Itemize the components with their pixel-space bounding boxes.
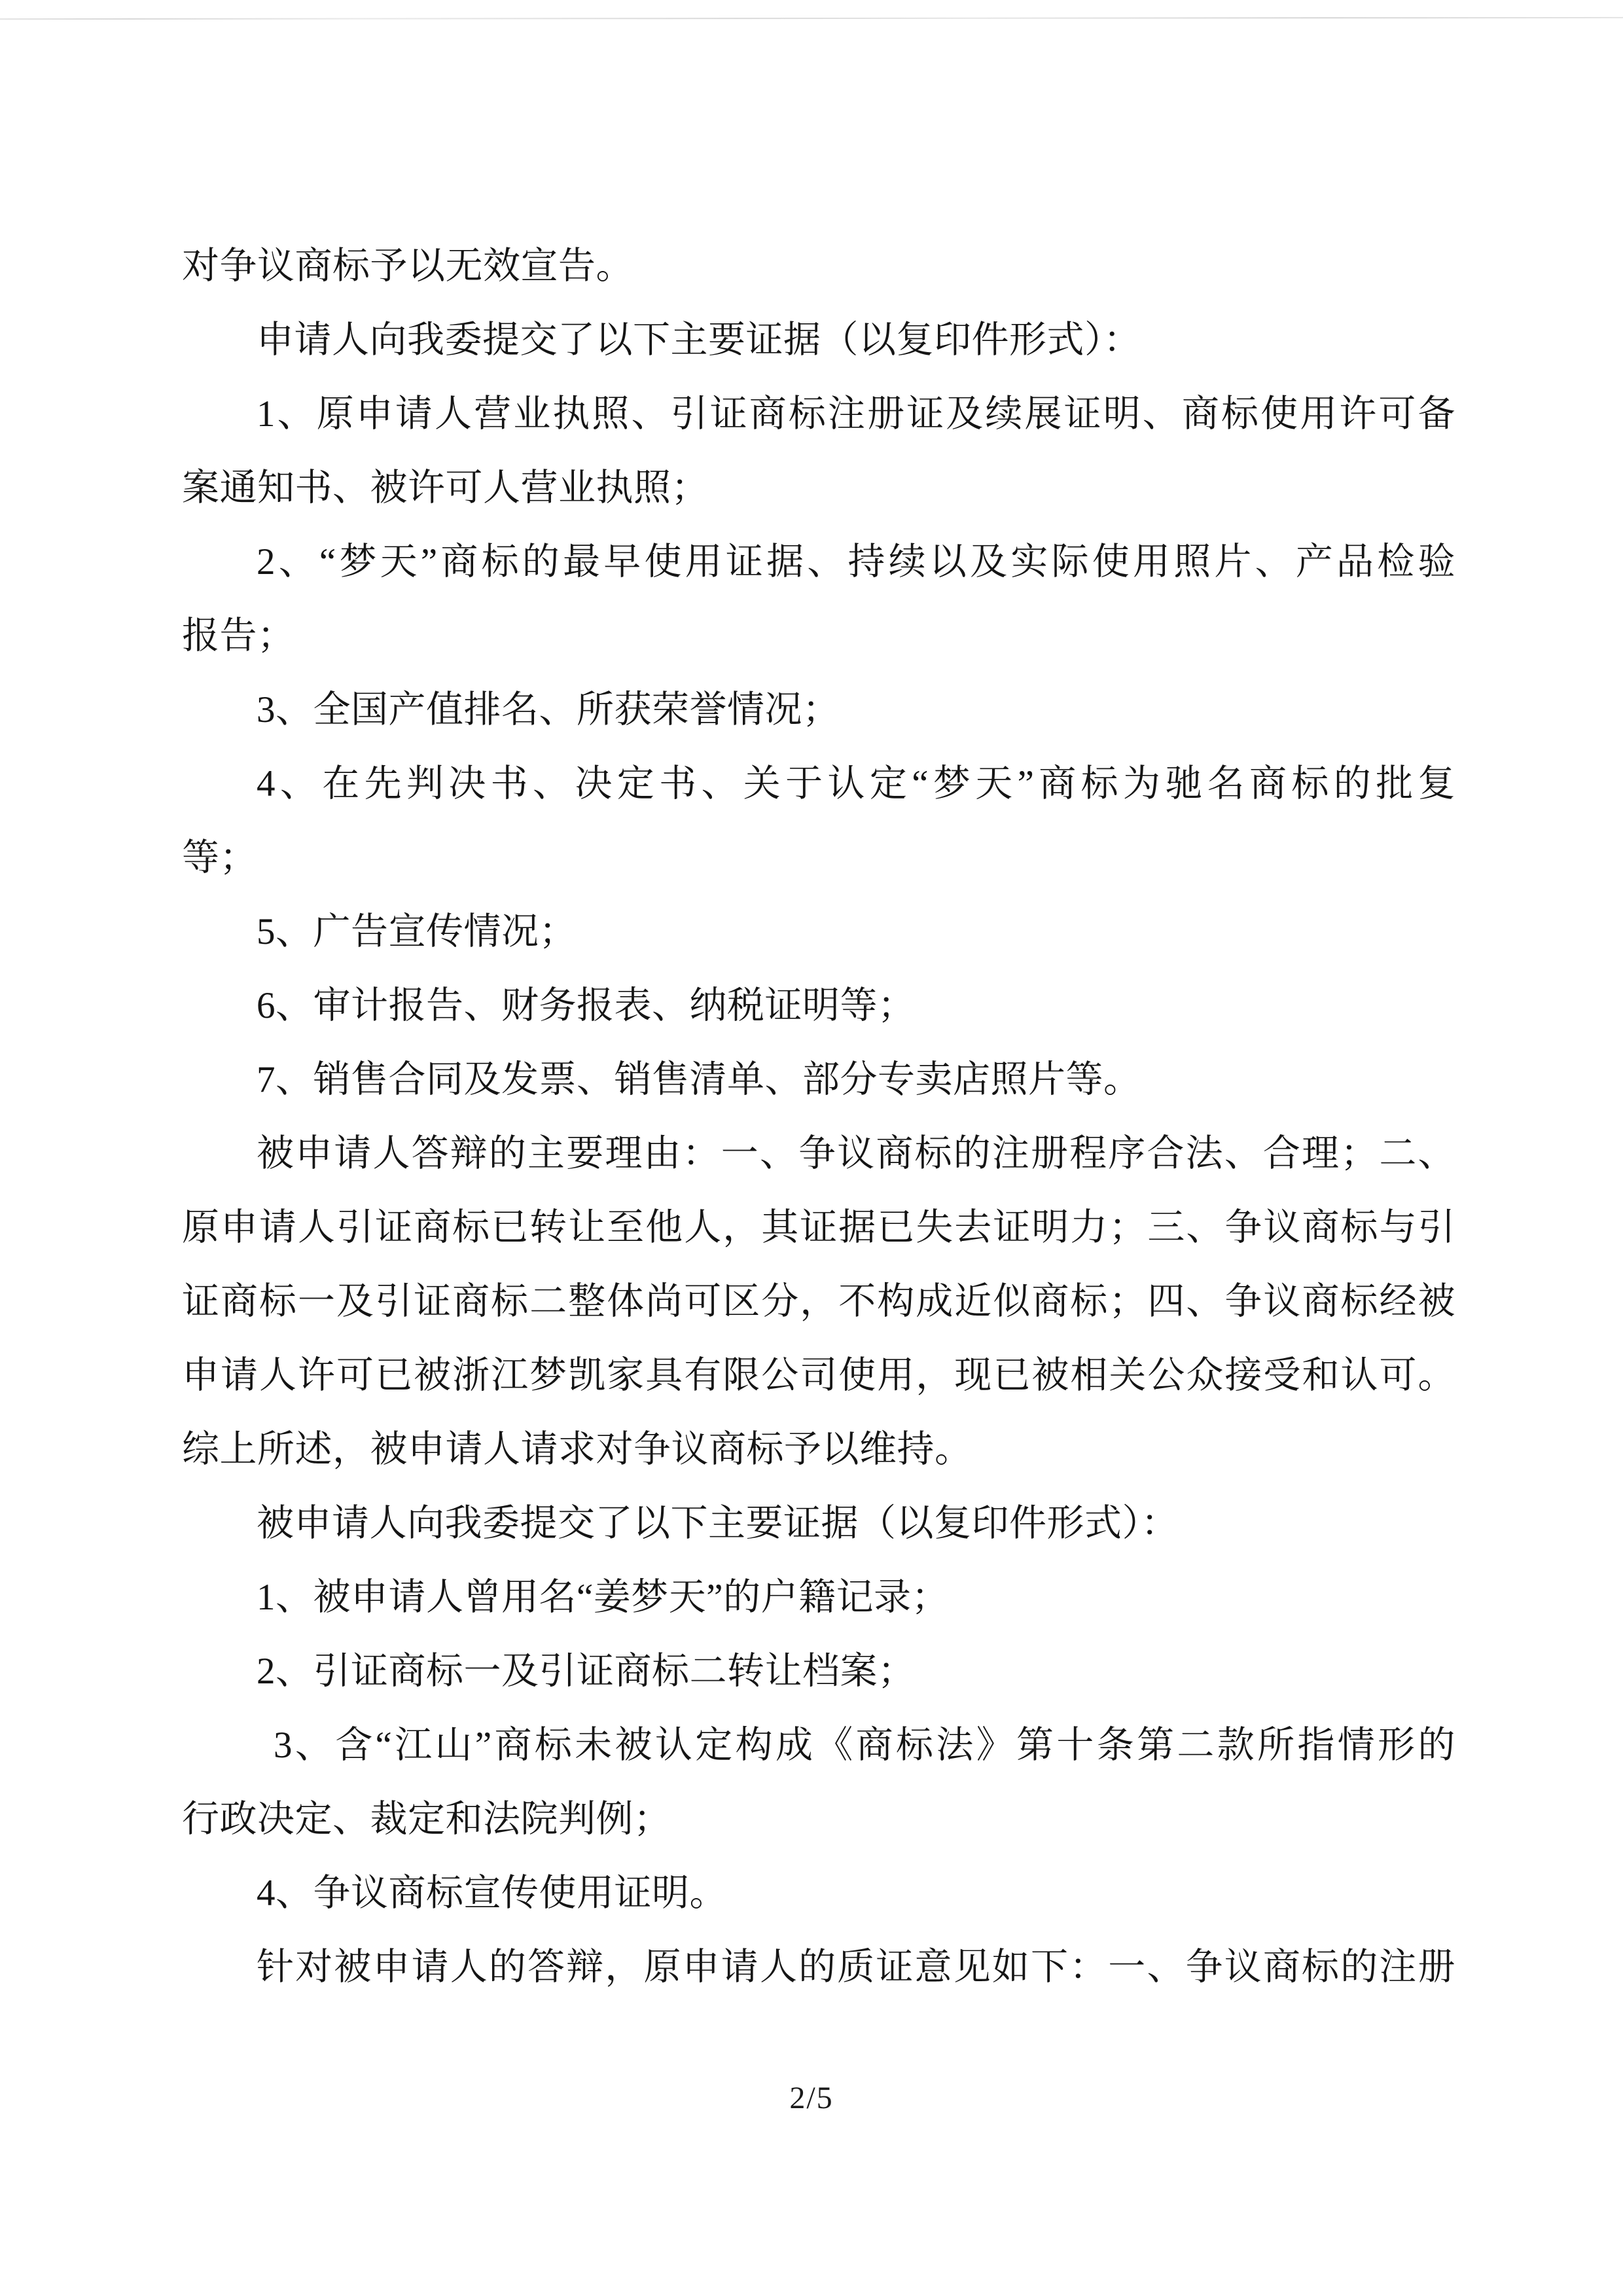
text-line: 原申请人引证商标已转让至他人，其证据已失去证明力；三、争议商标与引 [182, 1191, 1455, 1265]
text-line: 等； [182, 821, 1455, 895]
text-line: 对争议商标予以无效宣告。 [182, 229, 1455, 303]
text-line: 1、原申请人营业执照、引证商标注册证及续展证明、商标使用许可备 [182, 377, 1455, 451]
document-page: 对争议商标予以无效宣告。申请人向我委提交了以下主要证据（以复印件形式）：1、原申… [0, 0, 1623, 2296]
text-line: 3、含“江山”商标未被认定构成《商标法》第十条第二款所指情形的 [182, 1708, 1455, 1782]
document-body: 对争议商标予以无效宣告。申请人向我委提交了以下主要证据（以复印件形式）：1、原申… [182, 229, 1455, 2004]
text-line: 被申请人向我委提交了以下主要证据（以复印件形式）： [182, 1486, 1455, 1560]
scan-edge-artifact [0, 17, 1623, 20]
text-line: 4、在先判决书、决定书、关于认定“梦天”商标为驰名商标的批复 [182, 747, 1455, 821]
text-line: 2、引证商标一及引证商标二转让档案； [182, 1634, 1455, 1708]
text-line: 2、“梦天”商标的最早使用证据、持续以及实际使用照片、产品检验 [182, 525, 1455, 599]
text-line: 5、广告宣传情况； [182, 895, 1455, 969]
text-line: 案通知书、被许可人营业执照； [182, 451, 1455, 525]
text-line: 7、销售合同及发票、销售清单、部分专卖店照片等。 [182, 1043, 1455, 1117]
text-line: 6、审计报告、财务报表、纳税证明等； [182, 969, 1455, 1043]
text-line: 3、全国产值排名、所获荣誉情况； [182, 673, 1455, 747]
text-line: 针对被申请人的答辩，原申请人的质证意见如下：一、争议商标的注册 [182, 1930, 1455, 2004]
page-number: 2/5 [0, 2080, 1623, 2117]
text-line: 行政决定、裁定和法院判例； [182, 1782, 1455, 1856]
text-line: 证商标一及引证商标二整体尚可区分，不构成近似商标；四、争议商标经被 [182, 1265, 1455, 1338]
text-line: 申请人许可已被浙江梦凯家具有限公司使用，现已被相关公众接受和认可。 [182, 1338, 1455, 1412]
text-line: 4、争议商标宣传使用证明。 [182, 1856, 1455, 1930]
text-line: 申请人向我委提交了以下主要证据（以复印件形式）： [182, 303, 1455, 377]
text-line: 1、被申请人曾用名“姜梦天”的户籍记录； [182, 1560, 1455, 1634]
text-line: 被申请人答辩的主要理由：一、争议商标的注册程序合法、合理；二、 [182, 1117, 1455, 1191]
text-line: 报告； [182, 599, 1455, 673]
text-line: 综上所述，被申请人请求对争议商标予以维持。 [182, 1412, 1455, 1486]
